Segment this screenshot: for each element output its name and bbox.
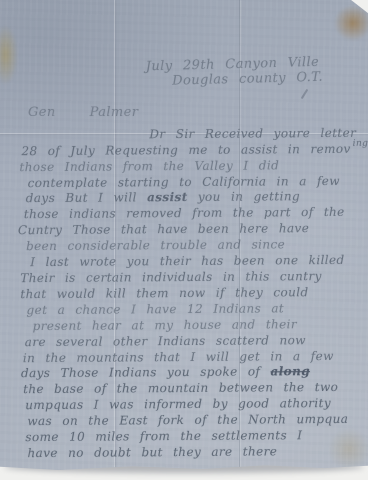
handwriting-line: contemplate starting to California in a …: [28, 174, 340, 190]
handwriting-line: that would kill them now if they could: [20, 285, 308, 301]
struck-out-word: along: [270, 364, 310, 378]
emphasized-word: assist: [147, 190, 188, 204]
handwriting-line: the base of the mountain between the two: [23, 380, 338, 396]
handwriting-line: are several other Indians scatterd now: [25, 333, 306, 349]
inserted-word: ing: [353, 139, 368, 149]
scanned-letter-page: July 29th Canyon Ville Douglas county O.…: [0, 0, 368, 480]
handwriting-line: Cuntry Those that have been here have: [18, 221, 309, 237]
handwriting-line: days But I will assist you in getting: [26, 189, 300, 205]
handwriting-text: days But I will: [26, 190, 147, 205]
handwriting-line: present hear at my house and their: [33, 317, 297, 333]
handwriting-text: 28 of July Requesting me to assist in re…: [21, 142, 350, 158]
handwriting-line: some 10 miles from the settlements I: [25, 428, 302, 444]
handwriting-line: 28 of July Requesting me to assist in re…: [21, 142, 368, 158]
letter-paper: July 29th Canyon Ville Douglas county O.…: [0, 0, 368, 470]
handwriting-line: been considerable trouble and since: [26, 237, 285, 253]
handwriting-line: was on the East fork of the North umpqua: [27, 412, 348, 428]
handwriting-line: in the mountains that I will get in a fe…: [23, 349, 334, 365]
letter-body: Dr Sir Received youre letter 28 of July …: [0, 0, 368, 471]
handwriting-line: those Indians from the Valley I did: [19, 158, 279, 174]
handwriting-line: Their is certain individuals in this cun…: [20, 269, 322, 285]
handwriting-text: days Those Indians you spoke of: [21, 364, 271, 380]
handwriting-line: umpquas I was informed by good athority: [25, 396, 331, 412]
handwriting-line: get a chance I have 12 Indians at: [26, 301, 284, 317]
handwriting-line: those indians removed from the part of t…: [24, 205, 345, 221]
handwriting-line: Dr Sir Received youre letter: [149, 126, 356, 141]
handwriting-text: you in getting: [188, 189, 301, 204]
handwriting-line: days Those Indians you spoke of along: [21, 364, 310, 380]
handwriting-line: I last wrote you their has been one kill…: [30, 253, 345, 269]
handwriting-line: have no doubt but they are there: [27, 444, 277, 460]
